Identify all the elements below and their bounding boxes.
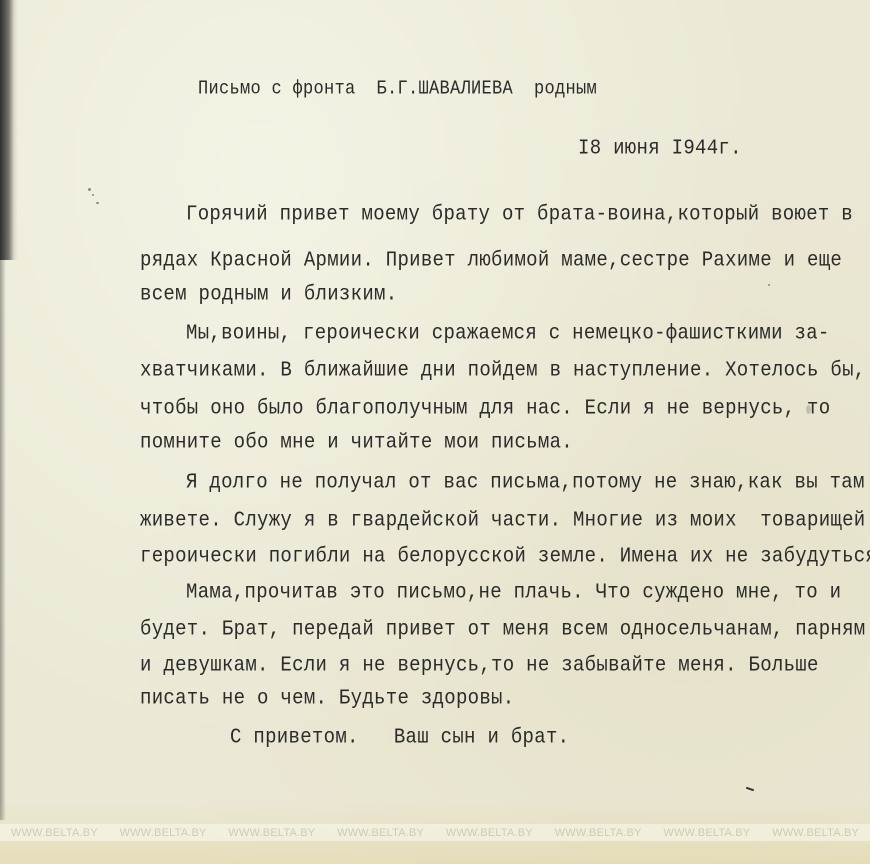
scan-speck	[768, 284, 770, 286]
watermark-text: WWW.BELTA.BY	[446, 827, 533, 839]
paragraph-1-line-1: Горячий привет моему брату от брата-воин…	[186, 204, 853, 225]
watermark-text: WWW.BELTA.BY	[555, 827, 642, 839]
paragraph-2-line-3: чтобы оно было благополучным для нас. Ес…	[140, 398, 830, 419]
scan-edge-shadow-lower	[0, 260, 6, 820]
scan-speck	[88, 188, 91, 191]
scan-speck	[96, 202, 99, 204]
watermark-text: WWW.BELTA.BY	[772, 827, 859, 839]
watermark-text: WWW.BELTA.BY	[120, 827, 207, 839]
letter-title: Письмо с фронта Б.Г.ШАВАЛИЕВА родным	[198, 80, 597, 99]
paragraph-2-line-2: хватчиками. В ближайшие дни пойдем в нас…	[140, 360, 866, 381]
document-page: Письмо с фронта Б.Г.ШАВАЛИЕВА родным I8 …	[0, 0, 870, 864]
scan-speck	[92, 194, 94, 196]
paragraph-1-line-3: всем родным и близким.	[140, 284, 397, 305]
paragraph-3-line-2: живете. Служу я в гвардейской части. Мно…	[140, 510, 866, 531]
watermark-text: WWW.BELTA.BY	[11, 827, 98, 839]
paragraph-3-line-1: Я долго не получал от вас письма,потому …	[186, 472, 865, 493]
paragraph-2-line-1: Мы,воины, героически сражаемся с немецко…	[186, 323, 830, 344]
watermark-strip: WWW.BELTA.BY WWW.BELTA.BY WWW.BELTA.BY W…	[0, 824, 870, 841]
scan-edge-shadow	[0, 0, 18, 260]
watermark-text: WWW.BELTA.BY	[663, 827, 750, 839]
paragraph-4-line-2: будет. Брат, передай привет от меня всем…	[140, 619, 866, 640]
paragraph-3-line-3: героически погибли на белорусской земле.…	[140, 546, 870, 567]
paragraph-2-line-4: помните обо мне и читайте мои письма.	[140, 432, 573, 453]
scan-mark	[746, 787, 754, 792]
paragraph-4-line-3: и девушкам. Если я не вернусь,то не забы…	[140, 655, 819, 676]
scan-speck	[806, 405, 811, 414]
watermark-text: WWW.BELTA.BY	[228, 827, 315, 839]
paragraph-1-line-2: рядах Красной Армии. Привет любимой маме…	[140, 250, 842, 271]
paragraph-4-line-4: писать не о чем. Будьте здоровы.	[140, 688, 514, 709]
paragraph-4-line-1: Мама,прочитав это письмо,не плачь. Что с…	[186, 582, 841, 603]
letter-closing: С приветом. Ваш сын и брат.	[230, 727, 569, 748]
watermark-text: WWW.BELTA.BY	[337, 827, 424, 839]
letter-date: I8 июня I944г.	[578, 138, 742, 159]
